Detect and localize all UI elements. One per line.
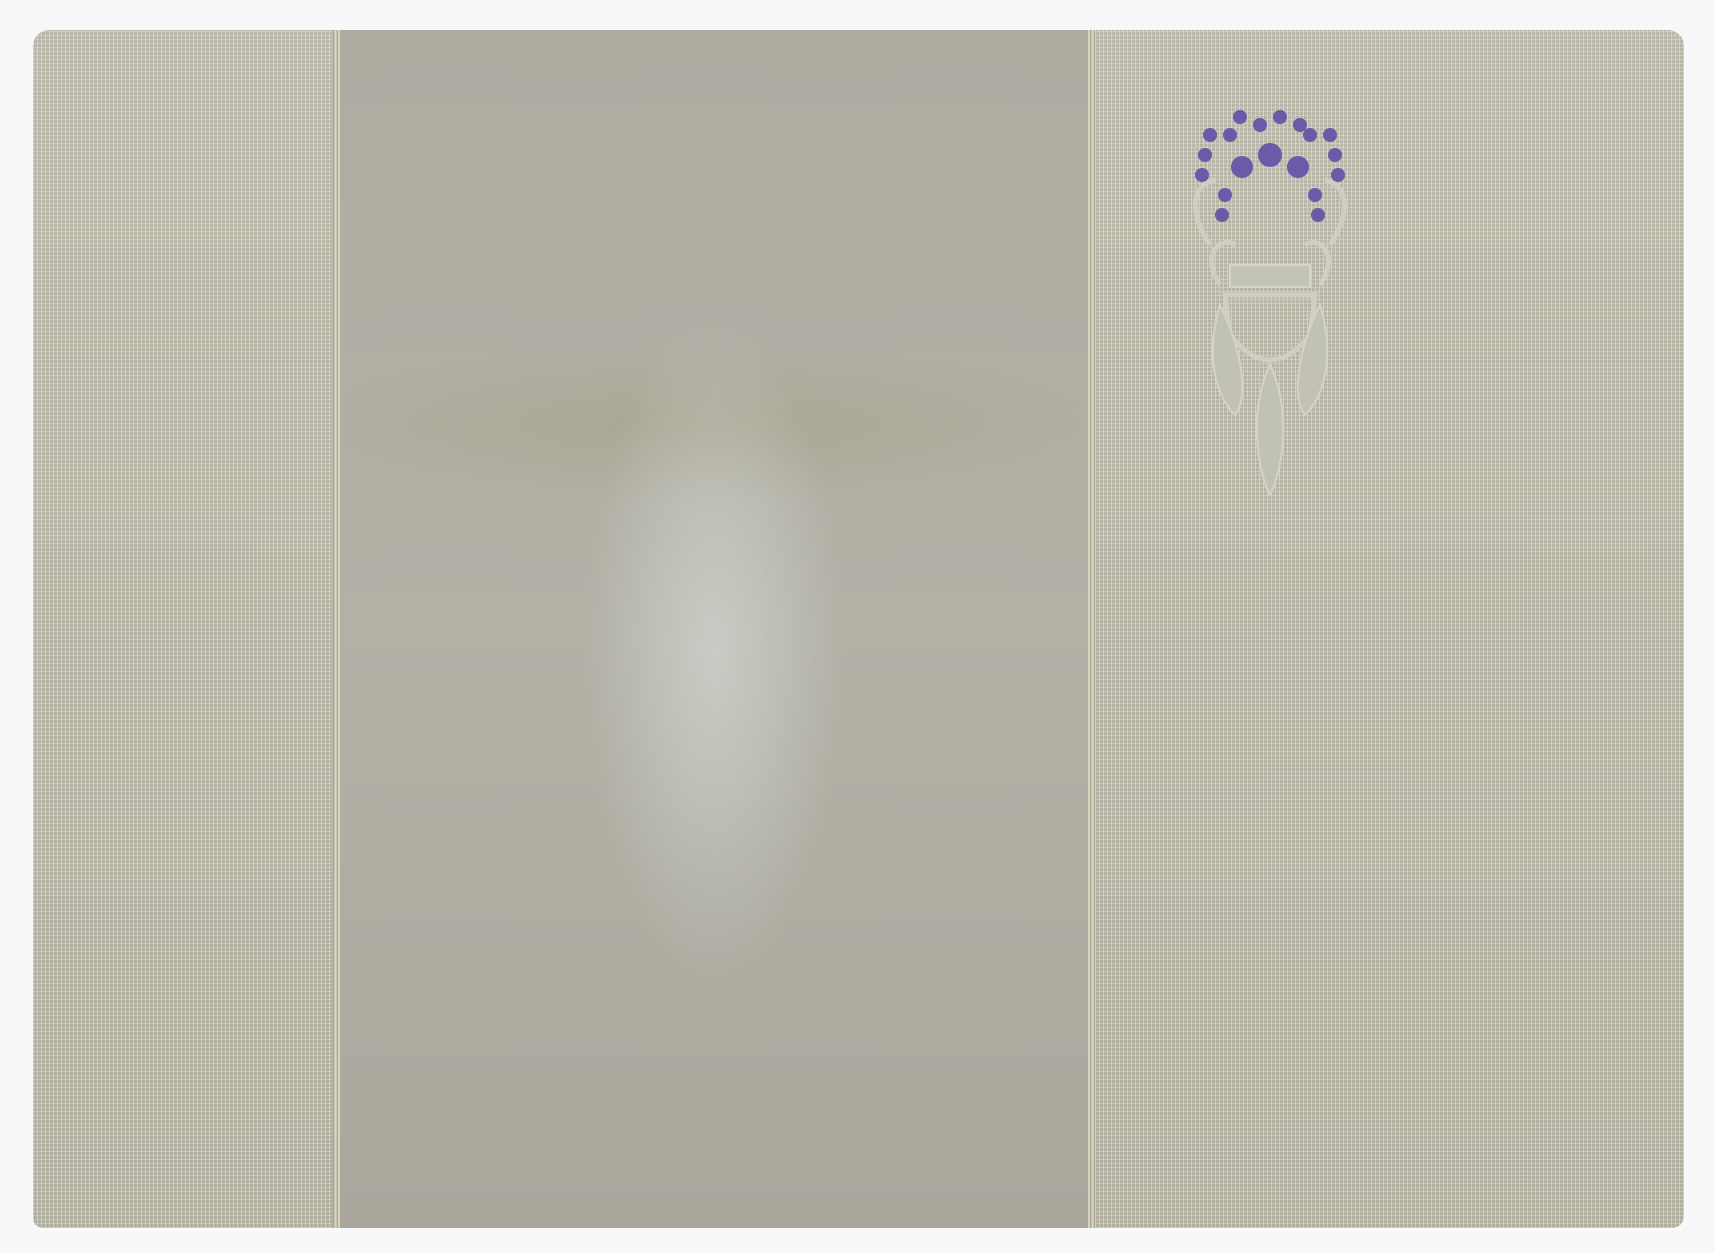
embossed-vase-ornament-icon <box>1180 95 1360 515</box>
left-flap <box>33 30 333 1228</box>
center-photo-mat <box>338 30 1090 1228</box>
